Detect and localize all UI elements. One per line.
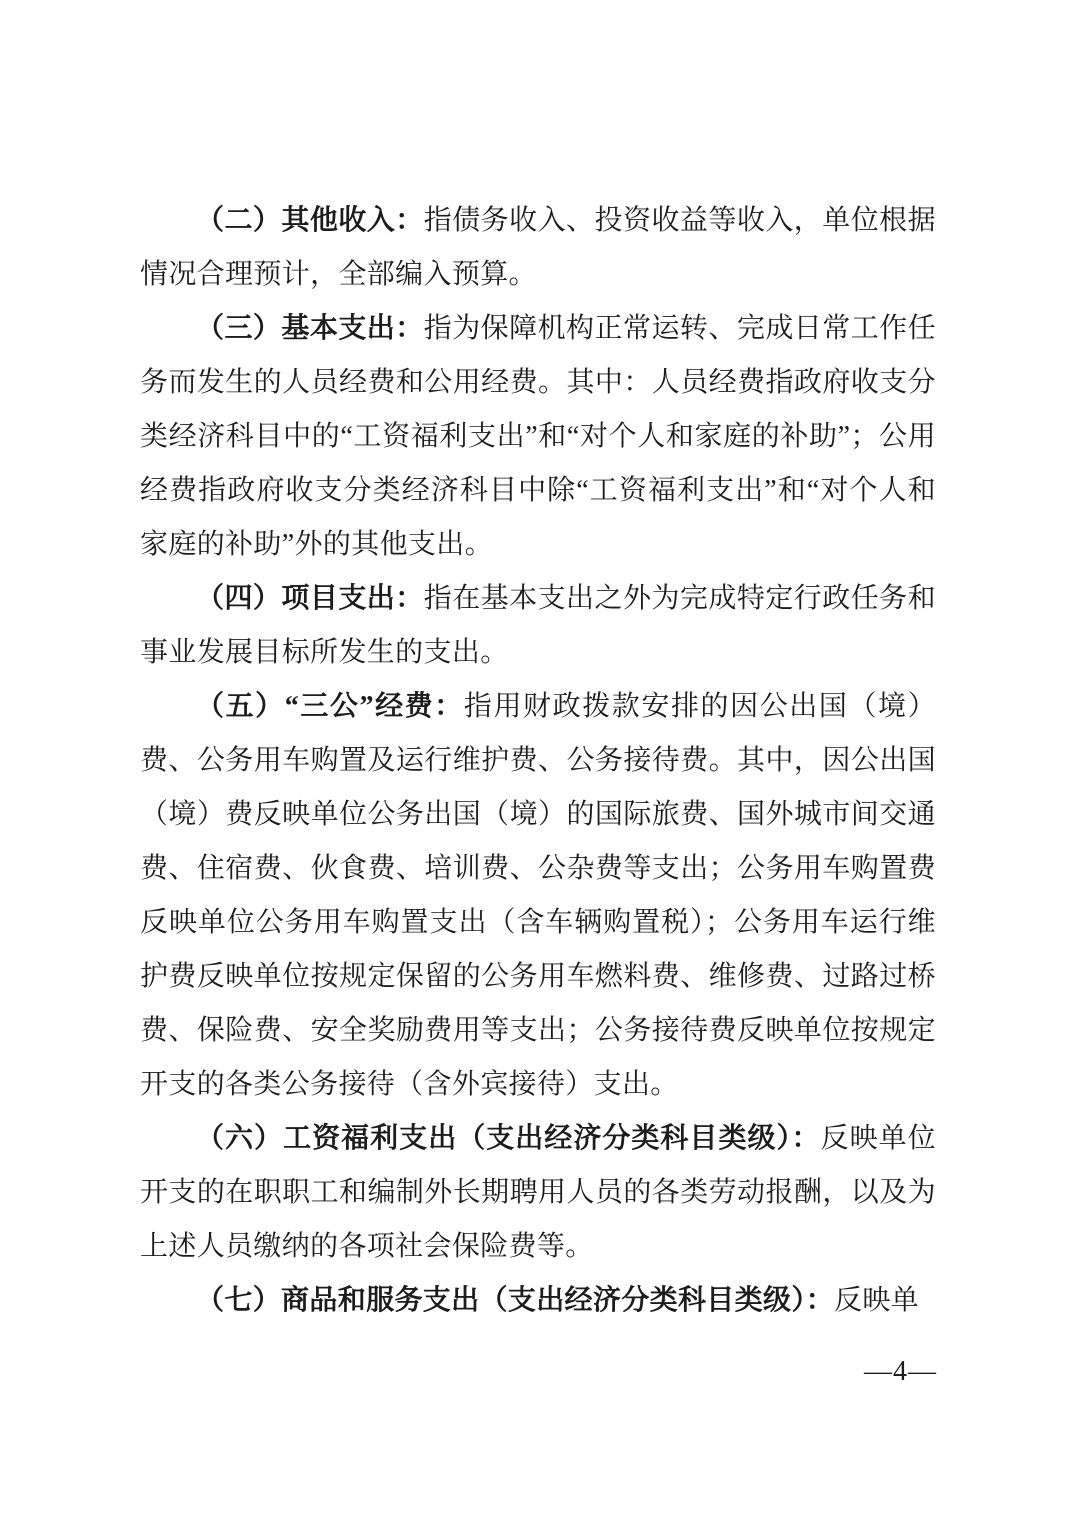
paragraph-text: 指为保障机构正常运转、完成日常工作任务而发生的人员经费和公用经费。其中：人员经费… <box>140 313 936 560</box>
document-body: （二）其他收入：指债务收入、投资收益等收入，单位根据情况合理预计，全部编入预算。… <box>140 194 936 1328</box>
page-number: —4— <box>864 1352 937 1392</box>
paragraph: （三）基本支出：指为保障机构正常运转、完成日常工作任务而发生的人员经费和公用经费… <box>140 302 936 572</box>
paragraph-text: 反映单 <box>834 1285 919 1316</box>
paragraph: （四）项目支出：指在基本支出之外为完成特定行政任务和事业发展目标所发生的支出。 <box>140 572 936 680</box>
paragraph-text: 指用财政拨款安排的因公出国（境）费、公务用车购置及运行维护费、公务接待费。其中，… <box>140 691 936 1100</box>
term-label: （三）基本支出： <box>196 313 424 344</box>
term-label: （二）其他收入： <box>196 205 424 236</box>
paragraph: （五）“三公”经费：指用财政拨款安排的因公出国（境）费、公务用车购置及运行维护费… <box>140 680 936 1112</box>
term-label: （六）工资福利支出（支出经济分类科目类级）： <box>196 1123 821 1154</box>
paragraph: （六）工资福利支出（支出经济分类科目类级）：反映单位开支的在职职工和编制外长期聘… <box>140 1112 936 1274</box>
term-label: （七）商品和服务支出（支出经济分类科目类级）： <box>196 1285 834 1316</box>
paragraph: （二）其他收入：指债务收入、投资收益等收入，单位根据情况合理预计，全部编入预算。 <box>140 194 936 302</box>
document-page: （二）其他收入：指债务收入、投资收益等收入，单位根据情况合理预计，全部编入预算。… <box>0 0 1074 1520</box>
term-label: （四）项目支出： <box>196 583 424 614</box>
paragraph: （七）商品和服务支出（支出经济分类科目类级）：反映单 <box>140 1274 936 1328</box>
term-label: （五）“三公”经费： <box>196 691 464 722</box>
